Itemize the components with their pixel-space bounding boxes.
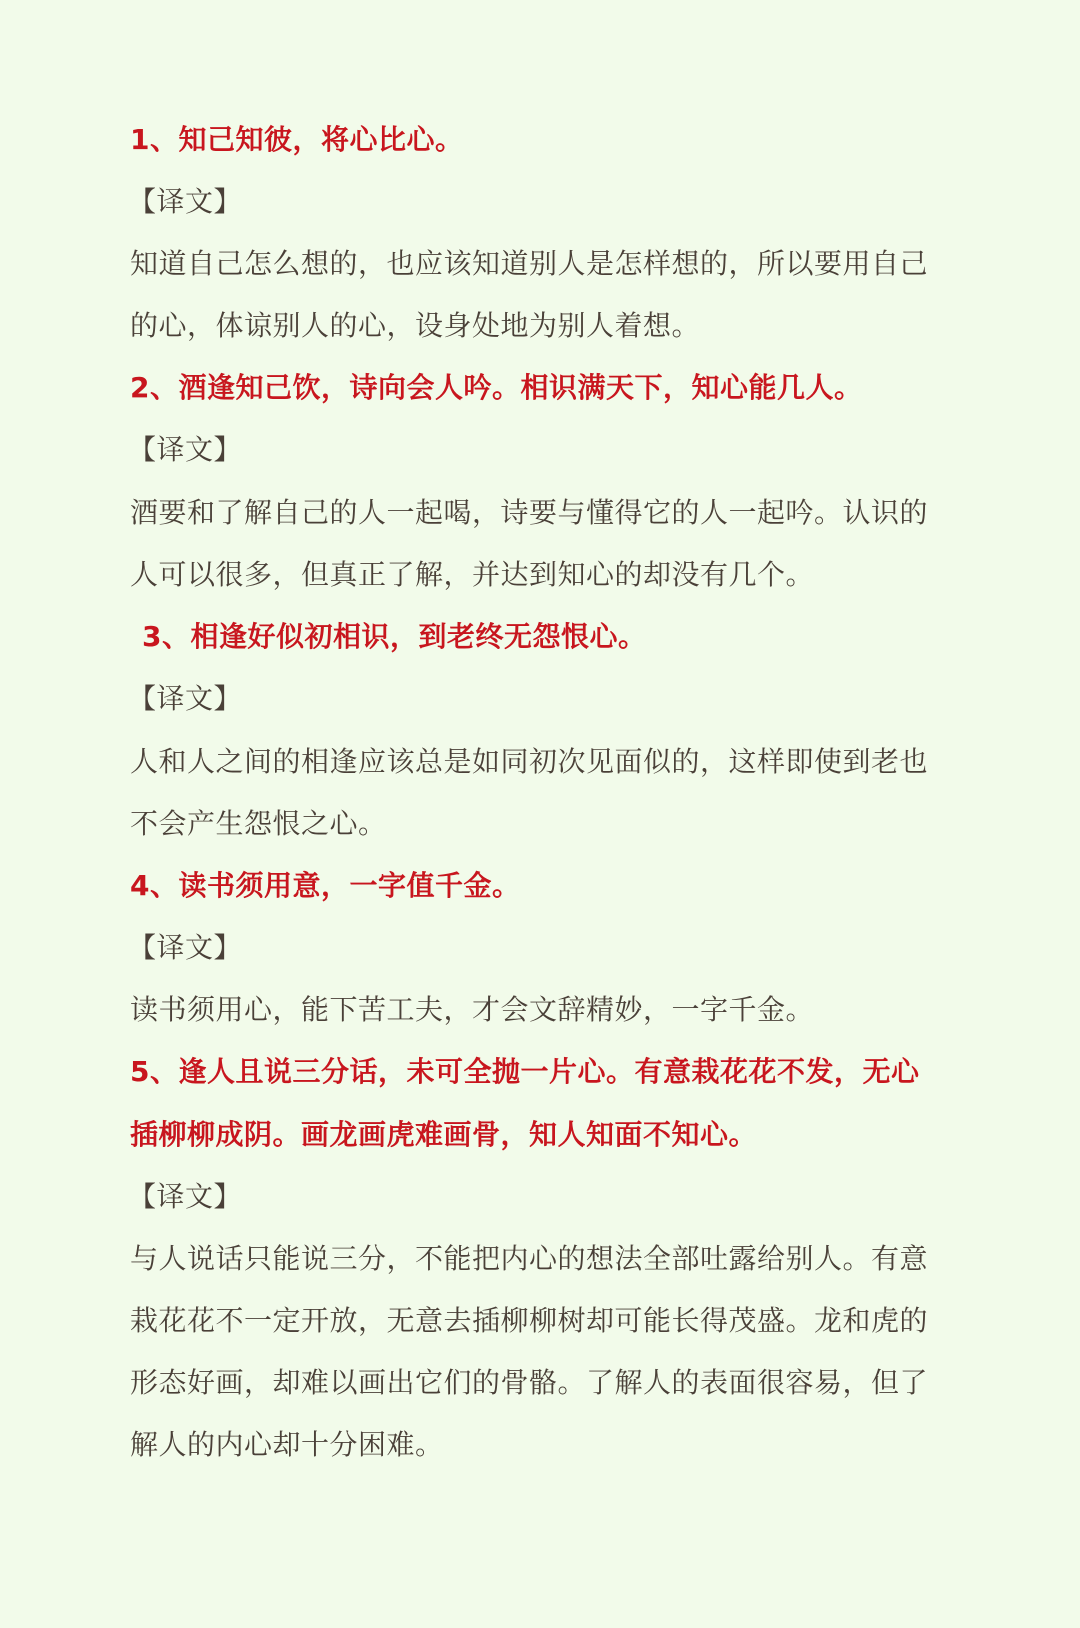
section-3-body-line-2: 不会产生怨恨之心。 xyxy=(130,804,387,844)
section-3-body-line-1: 人和人之间的相逢应该总是如同初次见面似的，这样即使到老也 xyxy=(130,742,928,782)
section-3-translation-label: 【译文】 xyxy=(128,679,242,719)
section-1-body-line-1: 知道自己怎么想的，也应该知道别人是怎样想的，所以要用自己 xyxy=(130,244,928,284)
section-2-translation-label: 【译文】 xyxy=(128,430,242,470)
section-4-body-line-1: 读书须用心，能下苦工夫，才会文辞精妙，一字千金。 xyxy=(130,990,814,1030)
section-2-body-line-1: 酒要和了解自己的人一起喝，诗要与懂得它的人一起吟。认识的 xyxy=(130,493,928,533)
section-4-heading: 4、读书须用意，一字值千金。 xyxy=(130,866,520,906)
section-1-translation-label: 【译文】 xyxy=(128,182,242,222)
section-5-body-line-3: 形态好画，却难以画出它们的骨骼。了解人的表面很容易，但了 xyxy=(130,1363,928,1403)
section-2-heading: 2、酒逢知己饮，诗向会人吟。相识满天下，知心能几人。 xyxy=(130,368,863,408)
section-5-translation-label: 【译文】 xyxy=(128,1177,242,1217)
section-5-heading-line-2: 插柳柳成阴。画龙画虎难画骨，知人知面不知心。 xyxy=(130,1115,757,1155)
section-4-translation-label: 【译文】 xyxy=(128,928,242,968)
section-5-body-line-1: 与人说话只能说三分，不能把内心的想法全部吐露给别人。有意 xyxy=(130,1239,928,1279)
section-5-heading-line-1: 5、逢人且说三分话，未可全抛一片心。有意栽花花不发，无心 xyxy=(130,1052,920,1092)
section-1-heading: 1、知己知彼，将心比心。 xyxy=(130,120,463,160)
section-5-body-line-4: 解人的内心却十分困难。 xyxy=(130,1425,444,1465)
section-3-heading: 3、相逢好似初相识，到老终无怨恨心。 xyxy=(142,617,647,657)
section-2-body-line-2: 人可以很多，但真正了解，并达到知心的却没有几个。 xyxy=(130,555,814,595)
section-1-body-line-2: 的心，体谅别人的心，设身处地为别人着想。 xyxy=(130,306,700,346)
section-5-body-line-2: 栽花花不一定开放，无意去插柳柳树却可能长得茂盛。龙和虎的 xyxy=(130,1301,928,1341)
